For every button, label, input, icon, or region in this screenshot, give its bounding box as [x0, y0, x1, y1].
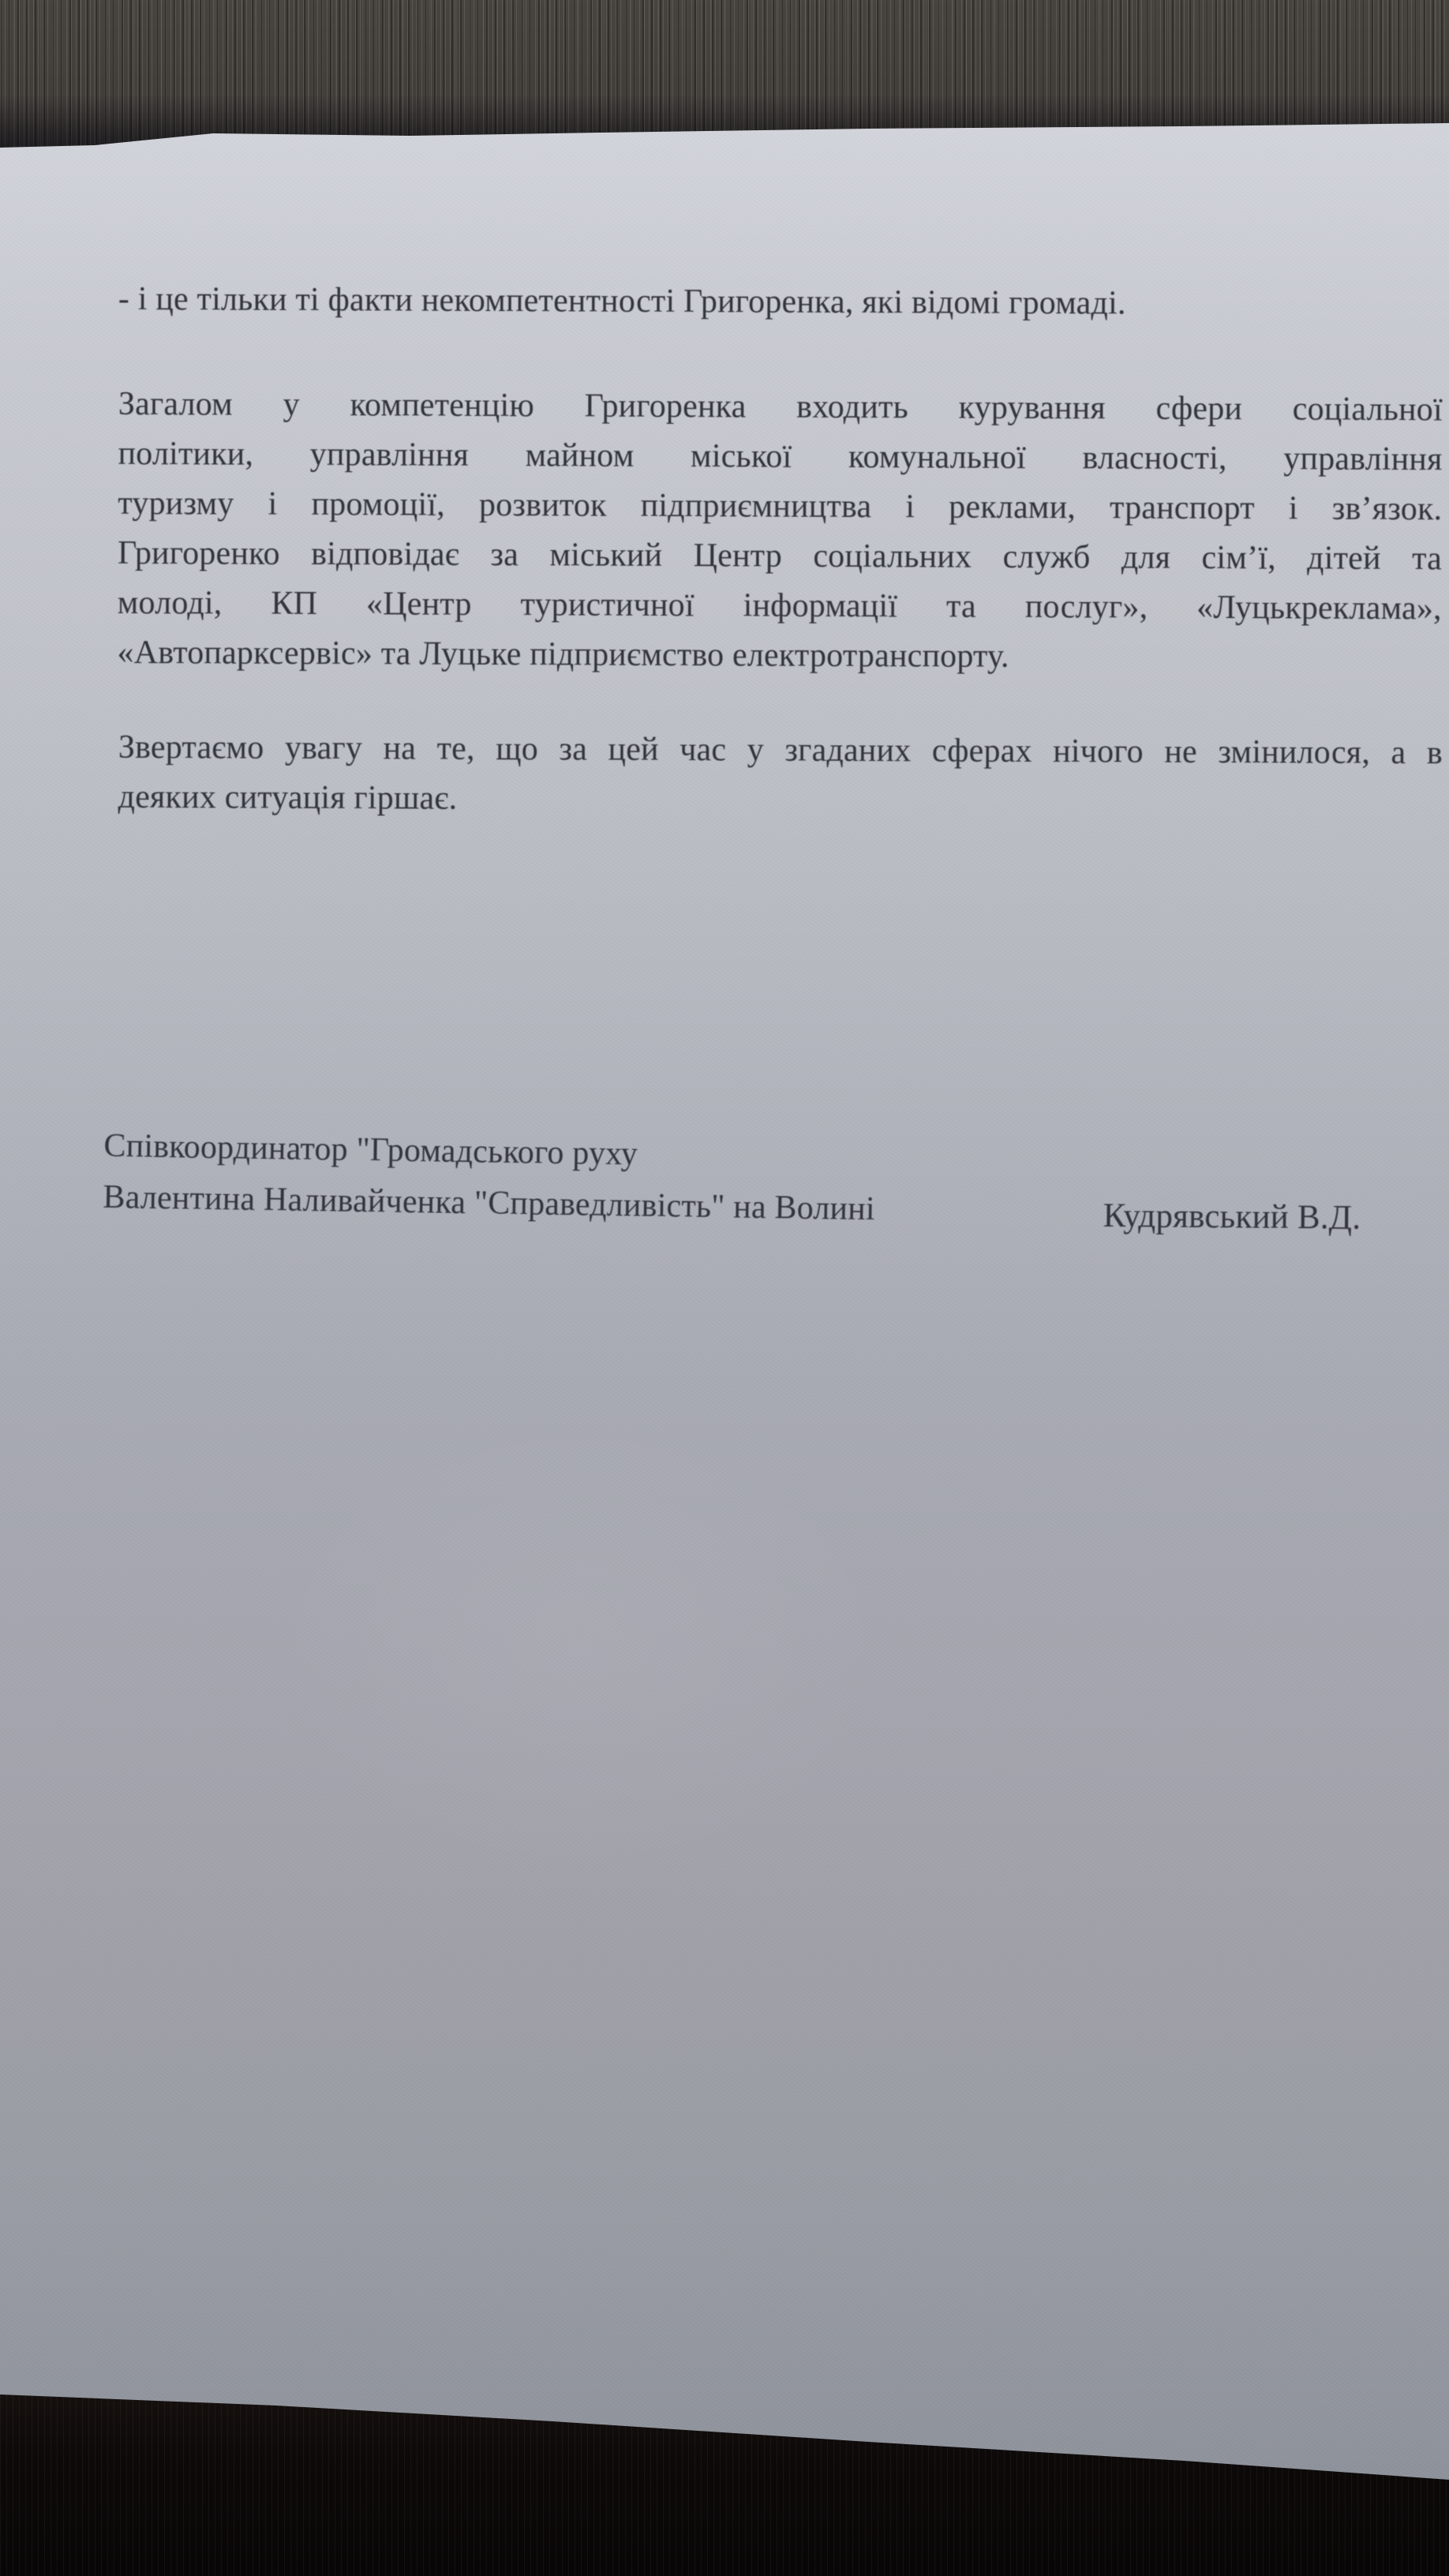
document-line: «Автопарксервіс» та Луцьке підприємство … [117, 628, 1441, 683]
document-line: туризму і промоції, розвиток підприємниц… [118, 479, 1442, 534]
document-sheet: - і це тільки ті факти некомпетентності … [0, 0, 1449, 2576]
document-line: деяких ситуація гіршає. [118, 773, 1442, 828]
document-line: політики, управління майном міської кому… [118, 429, 1442, 485]
photo-of-document: - і це тільки ті факти некомпетентності … [0, 0, 1449, 2576]
document-line: молоді, КП «Центр туристичної інформації… [118, 578, 1442, 634]
paragraph-intro: - і це тільки ті факти некомпетентності … [118, 275, 1443, 330]
document-line: - і це тільки ті факти некомпетентності … [118, 275, 1443, 330]
paragraph-competence: Загалом у компетенцію Григоренка входить… [117, 380, 1443, 683]
document-line: Звертаємо увагу на те, що за цей час у з… [118, 723, 1443, 778]
signature-name-text: Кудрявський В.Д. [1103, 1190, 1443, 1245]
document-line: Григоренко відповідає за міський Центр с… [118, 529, 1442, 584]
signature-name: Кудрявський В.Д. [1103, 1190, 1443, 1245]
paragraph-attention: Звертаємо увагу на те, що за цей час у з… [118, 723, 1443, 828]
signature-role-block: Співкоординатор "Громадського руху Вален… [103, 1121, 1091, 1239]
document-line: Загалом у компетенцію Григоренка входить… [118, 380, 1443, 435]
